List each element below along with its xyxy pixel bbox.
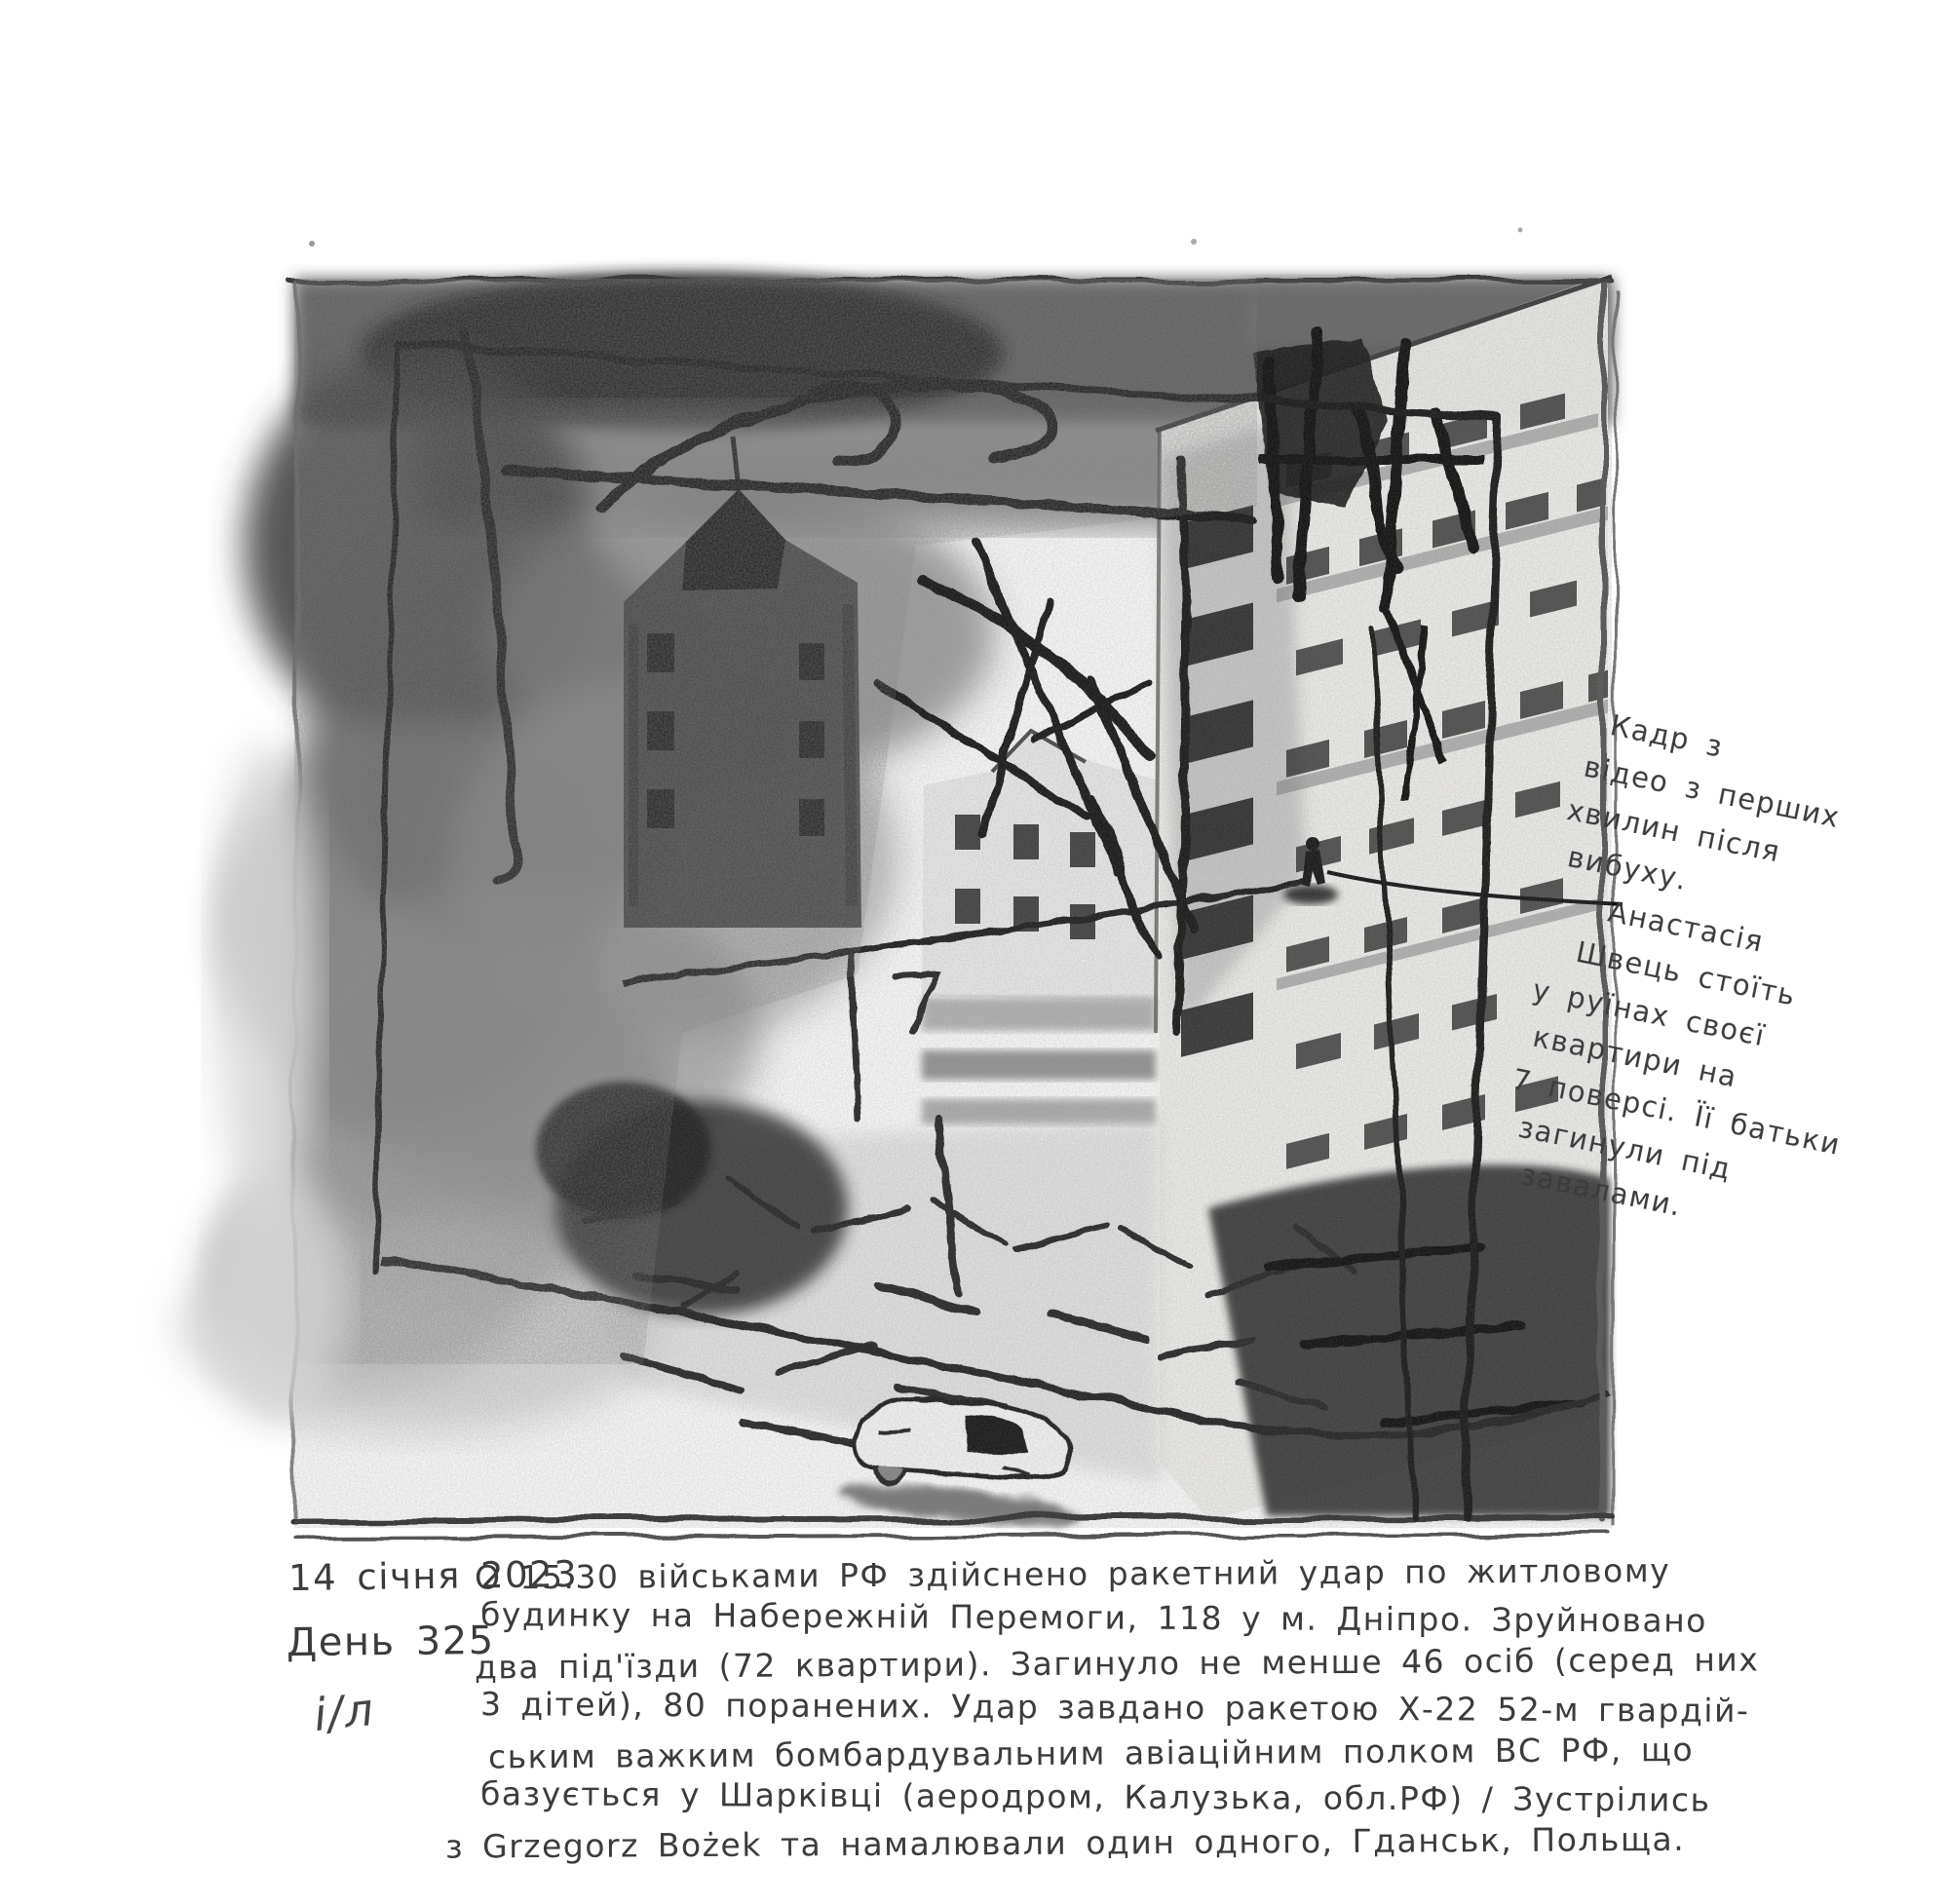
diary-entry-line: два під'їзди (72 квартири). Загинуло не … [475, 1636, 1917, 1690]
diary-entry-line: з Grzegorz Bożek та намалювали один одно… [445, 1815, 1917, 1869]
artist-monogram: і/л [311, 1683, 376, 1741]
diary-entry-line: ським важким бомбардувальним авіаційним … [488, 1727, 1917, 1780]
diary-entry-line: О 15.30 військами РФ здійснено ракетний … [475, 1546, 1917, 1600]
sketchbook-page: { "page": { "background": "#ffffff", "pe… [0, 0, 1948, 1904]
paper-grain [294, 279, 1612, 1528]
diary-entry-line: будинку на Набережній Перемоги, 118 у м.… [480, 1592, 1917, 1645]
day-counter: День 325 [286, 1618, 495, 1665]
diary-entry: О 15.30 військами РФ здійснено ракетний … [475, 1551, 1917, 1865]
diary-entry-line: 3 дітей), 80 поранених. Удар завдано рак… [480, 1682, 1917, 1734]
